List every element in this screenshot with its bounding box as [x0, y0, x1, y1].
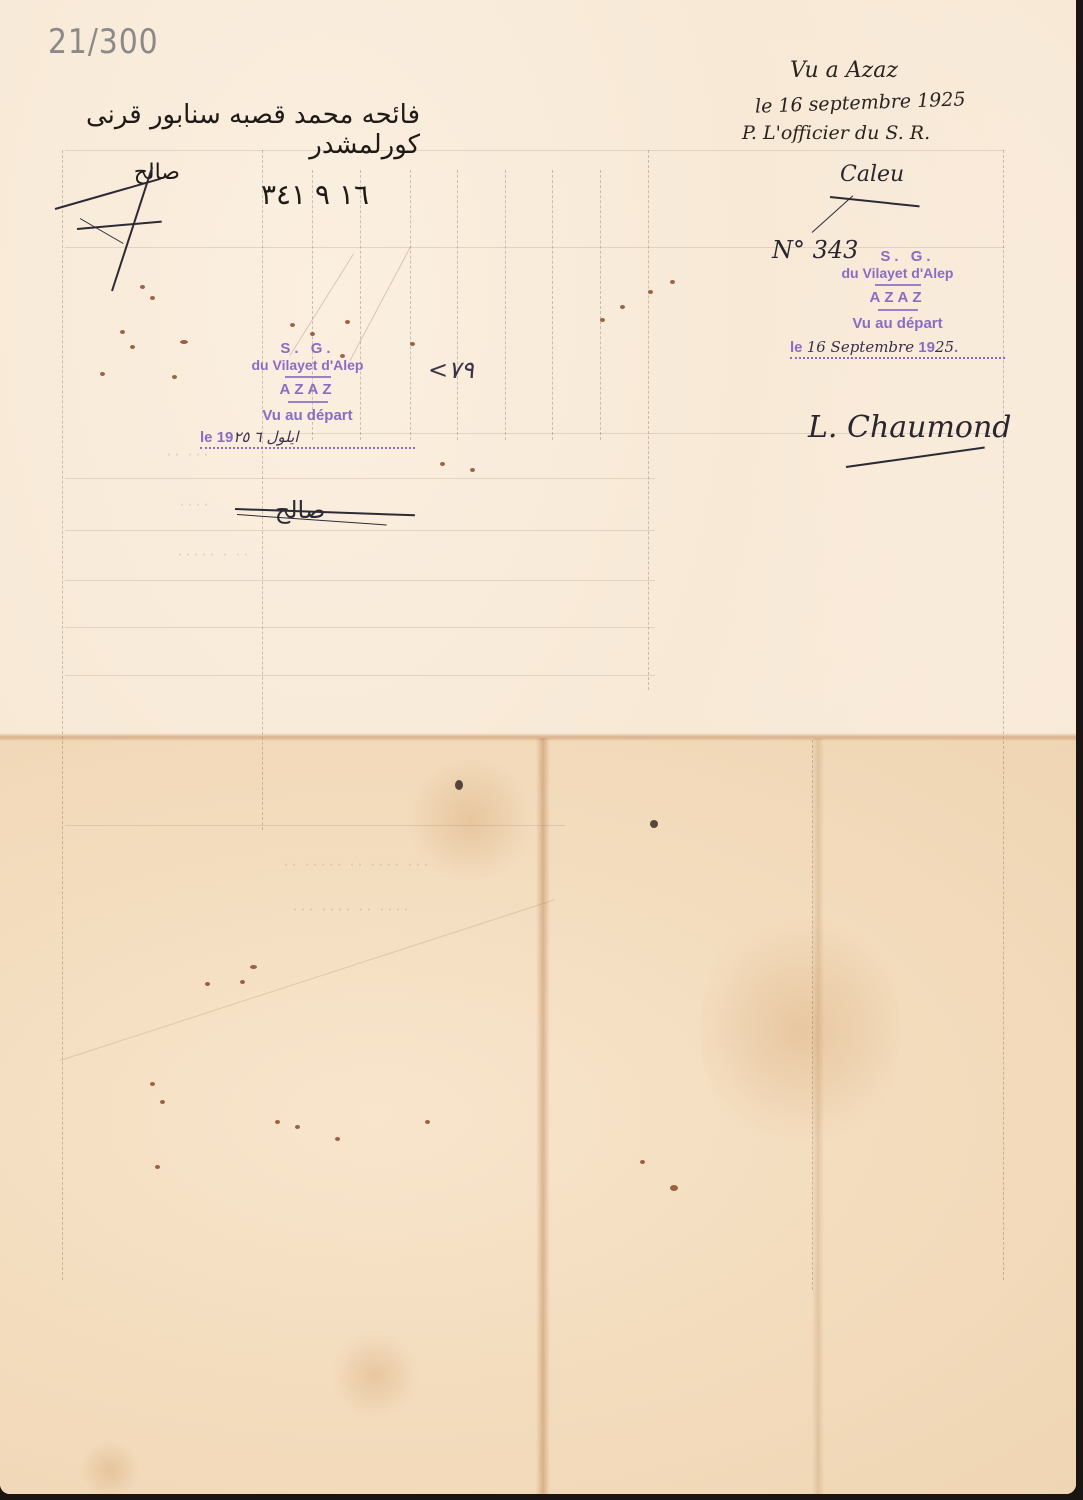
scan-edge-bottom — [0, 1494, 1083, 1500]
chaumond-signature: L. Chaumond — [808, 410, 1012, 445]
bleed-through-text: ٠٠٠ ٠٠ — [90, 445, 210, 463]
signature-underline — [830, 196, 920, 207]
stamp-date-day-month: 16 Septembre — [807, 338, 914, 356]
officer-signature: Caleu — [840, 162, 904, 187]
signature-stroke — [812, 195, 854, 233]
vertical-fold — [536, 738, 550, 1494]
stamp-vu-au-depart: Vu au départ — [790, 315, 1005, 332]
document-page: ٠٠٠ ٠٠ ٠٠٠٠ ٠٠ ٠ ٠٠٠٠٠ ٠٠٠ ٠٠٠٠ ٠٠ ٠٠٠٠٠… — [0, 0, 1076, 1494]
stamp-vilayet: du Vilayet d'Alep — [200, 357, 415, 373]
ottoman-handwritten-date: ١٦ ٩ ٣٤١ — [240, 178, 390, 211]
stamp-sg: S. G. — [790, 248, 1005, 265]
note-line-date: le 16 septembre 1925 — [755, 88, 966, 117]
bleed-through-text: ٠٠٠٠ ٠٠ ٠٠٠٠ ٠٠٠ — [110, 900, 410, 918]
stain — [700, 900, 900, 1160]
stain — [330, 1330, 420, 1420]
stamp-azaz: AZAZ — [790, 289, 1005, 306]
signature-stroke — [77, 221, 162, 230]
stamp-date-day-month: ایلول ٦ — [254, 428, 299, 446]
stamp-date: le 16 Septembre 1925. — [790, 338, 1005, 359]
vertical-fold — [812, 738, 824, 1494]
stamp-vilayet: du Vilayet d'Alep — [790, 265, 1005, 281]
stain — [80, 1440, 140, 1500]
note-line-officer: P. L'officier du S. R. — [742, 122, 930, 144]
stamp-vu-au-depart: Vu au départ — [200, 407, 415, 424]
archive-number: 21/300 — [48, 22, 159, 62]
bleed-through-text: ٠٠٠٠ — [90, 495, 210, 513]
note-line-vu-a-azaz: Vu a Azaz — [790, 58, 898, 83]
stamp-azaz: AZAZ — [200, 381, 415, 398]
stamp-center: S. G. du Vilayet d'Alep AZAZ Vu au dépar… — [200, 340, 415, 449]
ottoman-handwritten-line: فائحه محمد قصبه سنابور قرنی کورلمشدر — [60, 100, 420, 160]
bleed-through-text: ٠٠ ٠ ٠٠٠٠٠ — [90, 545, 250, 563]
signature-stroke — [80, 218, 124, 244]
ottoman-signature: صالح — [100, 160, 180, 185]
stamp-sg: S. G. — [200, 340, 415, 357]
center-mark: <٧٩ — [428, 356, 474, 384]
signature-underline — [846, 447, 985, 468]
scan-edge-right — [1076, 0, 1083, 1500]
stamp-date: le ایلول ٦ 19٢٥ — [200, 428, 415, 449]
bleed-through-text: ٠٠٠ ٠٠٠٠ ٠٠ ٠٠٠٠٠ ٠٠ — [110, 855, 430, 873]
stamp-right: S. G. du Vilayet d'Alep AZAZ Vu au dépar… — [790, 248, 1005, 359]
